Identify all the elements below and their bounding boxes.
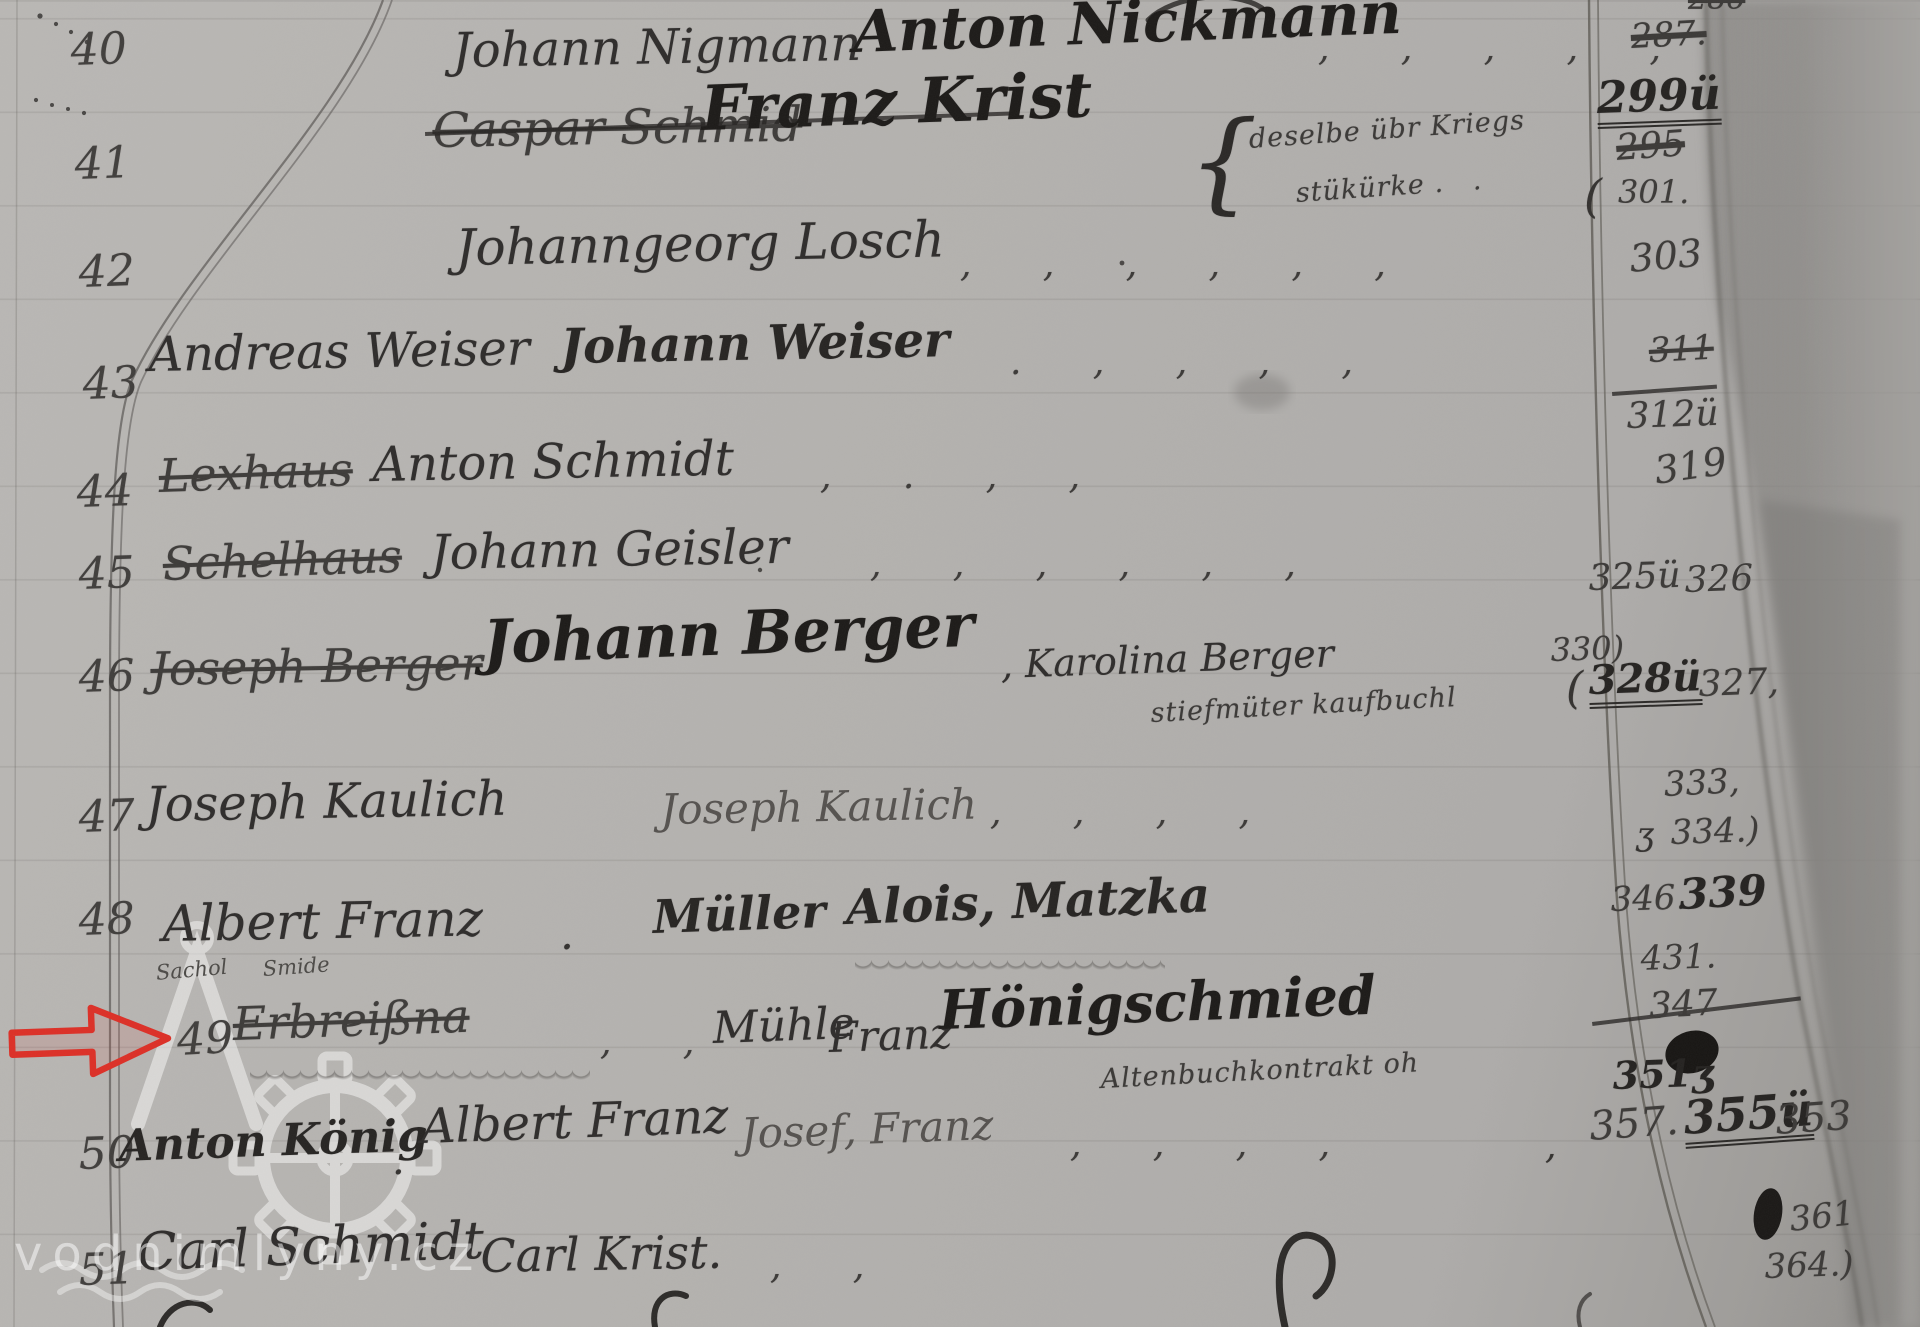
entry-name: Schelhaus — [162, 532, 403, 589]
folio-number: 327, — [1698, 663, 1779, 704]
ditto-marks: , , — [770, 1248, 894, 1286]
row-number: 48 — [78, 896, 136, 944]
register-page-scan: 40Johann NigmannAnton Nickmann, , , , ,2… — [0, 0, 1920, 1327]
folio-number: 431. — [1640, 939, 1717, 977]
ink-mark: ( — [1584, 172, 1602, 220]
ink-mark: , — [1545, 1128, 1556, 1166]
entry-name: , Karolina Berger — [1000, 634, 1335, 685]
folio-number: 328ü — [1588, 656, 1702, 709]
folio-number: 295 — [1615, 125, 1686, 167]
folio-number: 312ü — [1626, 395, 1719, 436]
entry-name: Albert Franz — [420, 1091, 729, 1152]
row-number: 41 — [74, 140, 132, 188]
entry-name: Erbreißna — [232, 992, 470, 1049]
folio-number: 303 — [1628, 234, 1704, 280]
folio-number: 339 — [1678, 868, 1768, 917]
ditto-marks: , , , , , , — [960, 246, 1416, 284]
annotation-note: Altenbuchkontrakt oh — [1100, 1049, 1420, 1094]
folio-number: 353 — [1774, 1095, 1853, 1142]
folio-number: 357. — [1588, 1100, 1680, 1148]
entry-name: Anton Schmidt — [372, 434, 734, 491]
ditto-marks: , , , , , , — [870, 546, 1326, 584]
annotation-note: deselbe übr Kriegs — [1248, 107, 1526, 155]
folio-number: 333, — [1663, 764, 1740, 804]
entry-name: Johanngeorg Losch — [455, 213, 945, 274]
folio-number: 334.) — [1670, 813, 1760, 852]
ditto-marks: . , , , , — [1010, 344, 1383, 382]
entry-name: Franz Krist — [700, 62, 1093, 141]
row-number: 47 — [78, 793, 136, 841]
marginal-note: Smide — [262, 953, 330, 980]
entry-name: Johann Weiser — [560, 315, 950, 372]
row-number: 43 — [82, 360, 140, 408]
folio-number: 325ü — [1588, 557, 1681, 598]
entry-name: Franz — [828, 1012, 953, 1060]
folio-number: 364.) — [1764, 1247, 1854, 1286]
row-number: 42 — [78, 248, 136, 296]
entry-name: Joseph Berger — [150, 639, 483, 693]
row-number: 46 — [78, 653, 136, 701]
folio-number: 319 — [1652, 442, 1729, 492]
folio-number: 326 — [1684, 560, 1754, 600]
folio-number: 287. — [1630, 16, 1707, 56]
ditto-marks: , . , , — [820, 458, 1110, 496]
annotation-note: stiefmüter kaufbuchl — [1150, 684, 1457, 728]
ink-mark: ( — [1566, 666, 1583, 712]
ink-mark: . — [392, 1140, 405, 1182]
annotation-note: stükürke . . — [1295, 167, 1483, 208]
row-number: 40 — [70, 26, 128, 74]
watermark-text: vodnimlyny.cz — [14, 1226, 483, 1282]
ditto-marks: , , , , — [1070, 1126, 1360, 1164]
entry-name: Carl Krist. — [480, 1228, 723, 1281]
entry-name: Albert Franz — [162, 892, 483, 950]
marginal-note: Sachol — [155, 956, 228, 984]
register-rows: 40Johann NigmannAnton Nickmann, , , , ,2… — [0, 0, 1920, 1327]
wavy-underline — [855, 960, 1165, 972]
entry-name: Johann Geisler — [430, 522, 789, 579]
folio-number: 299ü — [1596, 72, 1722, 129]
row-number: 45 — [78, 550, 136, 598]
entry-name: Lexhaus — [158, 445, 354, 500]
folio-number: 311 — [1648, 331, 1715, 370]
row-number: 44 — [76, 468, 134, 516]
entry-name: Josef, Franz — [740, 1103, 994, 1156]
ditto-marks: , , , , — [990, 794, 1280, 832]
entry-name: Andreas Weiser — [148, 323, 530, 380]
entry-name: Johann Berger — [482, 595, 975, 675]
ditto-marks: , , — [600, 1024, 724, 1062]
row-number: 49 — [176, 1015, 234, 1064]
entry-name: Hönigschmied — [938, 967, 1377, 1039]
ink-mark: ʒ — [1636, 818, 1654, 852]
entry-name: Alois, Matzka — [845, 870, 1211, 933]
wavy-underline — [250, 1070, 590, 1082]
folio-number: 347 — [1648, 984, 1719, 1025]
entry-name: Anton König — [118, 1113, 429, 1170]
entry-name: Joseph Kaulich — [660, 782, 977, 832]
entry-name: Joseph Kaulich — [145, 774, 508, 831]
entry-name: Müller — [652, 887, 826, 941]
ink-mark: . — [560, 912, 574, 958]
folio-number: 361 — [1788, 1196, 1856, 1238]
folio-number: 301. — [1618, 176, 1689, 210]
folio-number: 346. — [1610, 880, 1687, 918]
